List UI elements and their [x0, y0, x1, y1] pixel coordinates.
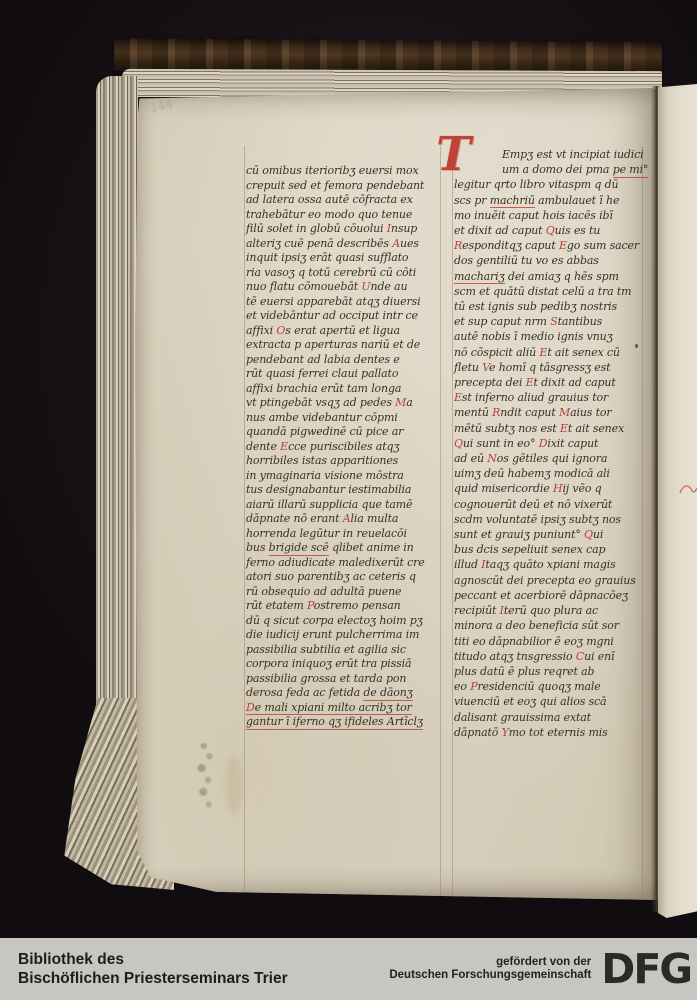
- manuscript-line: trahebātur eo modo quo tenue: [246, 208, 440, 223]
- manuscript-line: aiarū illarū supplicia que tamē: [246, 498, 440, 513]
- manuscript-line: horrenda legūtur in reuelacōi: [246, 527, 440, 542]
- manuscript-line: dāpnatō Ymo tot eternis mis: [454, 725, 646, 740]
- manuscript-line: recipiūt Iterū quo plura ac: [454, 603, 646, 618]
- manuscript-line: mētū subtʒ nos est Et ait senex: [454, 421, 646, 436]
- funding-caption: gefördert von der Deutschen Forschungsge…: [389, 956, 591, 983]
- dfg-logo: DFG: [601, 949, 691, 990]
- manuscript-line: ad eū Nos gētiles qui ignora: [454, 451, 646, 466]
- manuscript-line: rūt etatem Postremo pensan: [246, 599, 440, 614]
- manuscript-line: tū est ignis sub pedibʒ nostris: [454, 299, 646, 314]
- manuscript-line: um a domo dei pma pe mi°: [454, 162, 646, 177]
- manuscript-line: inquit ipsiʒ erāt quasi sufflato: [246, 251, 440, 266]
- photo-stage: 144 T cū omibus iterioribʒ euersi moxcre…: [0, 0, 697, 938]
- manuscript-line: et dixit ad caput Quis es tu: [454, 223, 646, 238]
- ruling-line-left-col-right: [440, 146, 441, 898]
- manuscript-line: bus dcis sepeliuit senex cap: [454, 542, 646, 557]
- manuscript-line: plus datū ē plus reqret ab: [454, 664, 646, 679]
- manuscript-line: Est inferno aliud grauius tor: [454, 390, 646, 405]
- manuscript-line: quid misericordie Hij vēo q: [454, 481, 646, 496]
- manuscript-line: rū obsequio ad adultā puene: [246, 585, 440, 600]
- manuscript-line: tē euersi apparebāt atqʒ diuersi: [246, 295, 440, 310]
- manuscript-line: crepuit sed et femora pendebant: [246, 179, 440, 194]
- manuscript-line: ria vasoʒ q totū cerebrū cū cōti: [246, 266, 440, 281]
- parchment-smear: [226, 756, 242, 814]
- manuscript-line: bus brigide scē qlibet anime in: [246, 541, 440, 556]
- ink-speck: [635, 344, 638, 348]
- manuscript-line: rūt quasi ferrei claui pallato: [246, 367, 440, 382]
- manuscript-line: corpora iniquoʒ erūt tra pissiā: [246, 657, 440, 672]
- caption-bar: Bibliothek des Bischöflichen Priestersem…: [0, 938, 697, 1000]
- manuscript-line: eo Presidenciū quoqʒ male: [454, 679, 646, 694]
- manuscript-line: gantur ī iferno qʒ ifideles Artīclʒ: [246, 715, 440, 730]
- manuscript-line: fletu Ve homī q tāsgressʒ est: [454, 360, 646, 375]
- manuscript-line: autē nobis ī medio ignis vnuʒ: [454, 329, 646, 344]
- manuscript-line: uimʒ deū habemʒ modicā ali: [454, 466, 646, 481]
- manuscript-line: mo inuēit caput hois iacēs ibī: [454, 208, 646, 223]
- manuscript-page: 144 T cū omibus iterioribʒ euersi moxcre…: [132, 88, 658, 900]
- manuscript-line: viuenciū et eoʒ qui alios scā: [454, 694, 646, 709]
- ruling-line-left-col-left: [244, 146, 245, 898]
- manuscript-line: machariʒ dei amiaʒ q hēs spm: [454, 269, 646, 284]
- ruling-line-right-col-left: [452, 146, 453, 898]
- manuscript-line: passibilia grossa et tarda pon: [246, 672, 440, 687]
- manuscript-line: dalisant grauissima extat: [454, 710, 646, 725]
- manuscript-line: vt ptingebāt vsqʒ ad pedes Ma: [246, 396, 440, 411]
- funding-caption-line1: gefördert von der: [389, 956, 591, 970]
- manuscript-line: agnoscūt dei precepta eo grauius: [454, 573, 646, 588]
- manuscript-line: die iudicij erunt pulcherrima im: [246, 628, 440, 643]
- manuscript-line: sunt et grauiʒ puniunt° Qui: [454, 527, 646, 542]
- manuscript-line: pendebant ad labia dentes e: [246, 353, 440, 368]
- manuscript-line: alteriʒ cuē penā describēs Aues: [246, 237, 440, 252]
- manuscript-line: dāpnate nō erant Alia multa: [246, 512, 440, 527]
- manuscript-line: affixi Os erat apertū et ligua: [246, 324, 440, 339]
- manuscript-line: titudo atqʒ tnsgressio Cui enī: [454, 649, 646, 664]
- manuscript-line: Responditqʒ caput Ego sum sacer: [454, 238, 646, 253]
- manuscript-line: precepta dei Et dixit ad caput: [454, 375, 646, 390]
- red-pen-flourish: [678, 482, 697, 496]
- manuscript-line: De mali xpiani milto acribʒ tor: [246, 701, 440, 716]
- manuscript-line: quandā pigwedinē cū pice ar: [246, 425, 440, 440]
- manuscript-line: passibilia subtilia et agilia sic: [246, 643, 440, 658]
- manuscript-line: titi eo dāpnabilior ē eoʒ mgni: [454, 634, 646, 649]
- manuscript-line: et videbāntur ad occiput intr ce: [246, 309, 440, 324]
- right-text-column: Empʒ est vt incipiat iudicium a domo dei…: [454, 147, 646, 740]
- manuscript-line: in ymaginaria visione mōstra: [246, 469, 440, 484]
- facing-page-edge: [658, 84, 697, 918]
- library-caption-line2: Bischöflichen Priesterseminars Trier: [18, 969, 288, 988]
- manuscript-line: mentū Rndit caput Maius tor: [454, 405, 646, 420]
- manuscript-line: illud Itaqʒ quāto xpiani magis: [454, 557, 646, 572]
- manuscript-line: dos gentiliū tu vo es abbas: [454, 253, 646, 268]
- manuscript-line: Empʒ est vt incipiat iudici: [454, 147, 646, 162]
- manuscript-line: atori suo parentibʒ ac ceteris q: [246, 570, 440, 585]
- manuscript-line: nuo flatu cōmouebāt Unde au: [246, 280, 440, 295]
- manuscript-line: nus ambe videbantur cōpmi: [246, 411, 440, 426]
- manuscript-line: tus designabantur iestimabilia: [246, 483, 440, 498]
- manuscript-line: affixi brachia erūt tam longa: [246, 382, 440, 397]
- manuscript-line: dū q sicut corpa electoʒ hoim pʒ: [246, 614, 440, 629]
- manuscript-line: ad latera ossa autē cōfracta ex: [246, 193, 440, 208]
- manuscript-line: horribiles istas apparitiones: [246, 454, 440, 469]
- manuscript-line: peccant et acerbiorē dāpnacōeʒ: [454, 588, 646, 603]
- left-text-column: cū omibus iterioribʒ euersi moxcrepuit s…: [246, 164, 440, 730]
- funding-group: gefördert von der Deutschen Forschungsge…: [389, 949, 691, 990]
- parchment-stain: [192, 740, 220, 814]
- folio-number: 144: [149, 97, 174, 115]
- manuscript-line: derosa feda ac fetida de dāonʒ: [246, 686, 440, 701]
- manuscript-line: filū solet in globū cōuolui Insup: [246, 222, 440, 237]
- manuscript-line: ferno adiudicate maledixerūt cre: [246, 556, 440, 571]
- manuscript-line: nō cōspicit aliū Et ait senex cū: [454, 345, 646, 360]
- manuscript-line: dente Ecce puriscibiles atqʒ: [246, 440, 440, 455]
- manuscript-line: minora a deo beneficia sūt sor: [454, 618, 646, 633]
- manuscript-line: cū omibus iterioribʒ euersi mox: [246, 164, 440, 179]
- manuscript-line: et sup caput nrm Stantibus: [454, 314, 646, 329]
- manuscript-line: Qui sunt in eo° Dixit caput: [454, 436, 646, 451]
- manuscript-line: legitur qrto libro vitaspm q dū: [454, 177, 646, 192]
- library-caption: Bibliothek des Bischöflichen Priestersem…: [18, 950, 288, 988]
- manuscript-line: scs pr machriū ambulauet ī he: [454, 193, 646, 208]
- funding-caption-line2: Deutschen Forschungsgemeinschaft: [389, 969, 591, 983]
- manuscript-line: scdm voluntatē ipsiʒ subtʒ nos: [454, 512, 646, 527]
- manuscript-line: extracta p aperturas nariū et de: [246, 338, 440, 353]
- manuscript-line: cognouerūt deū et nō vixerūt: [454, 497, 646, 512]
- manuscript-line: scm et quātū distat celū a tra tm: [454, 284, 646, 299]
- library-caption-line1: Bibliothek des: [18, 950, 288, 969]
